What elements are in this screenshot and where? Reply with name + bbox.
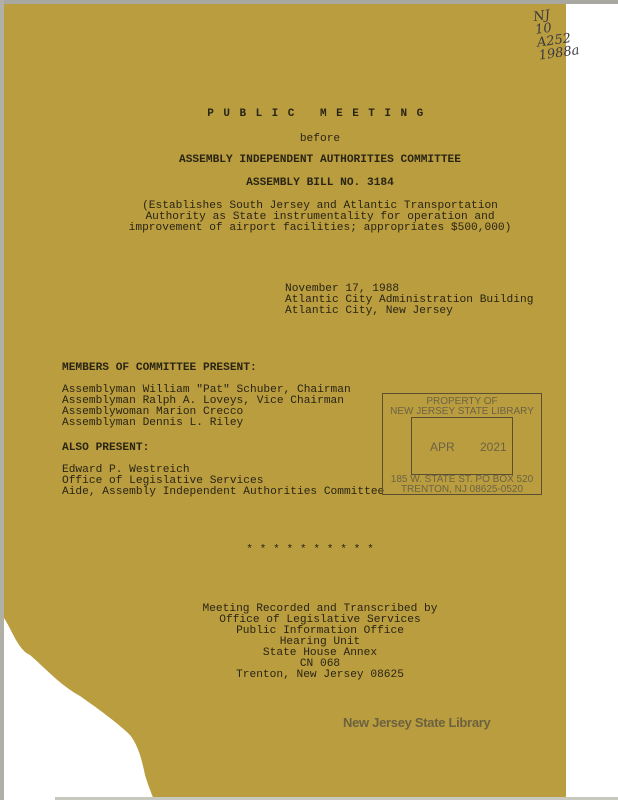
meeting-location: Atlantic City, New Jersey — [285, 306, 453, 318]
transcription-line: Trenton, New Jersey 08625 — [160, 670, 480, 682]
call-number-line: 1988a — [538, 44, 580, 63]
handwritten-call-number: NJ 10 A252 1988a — [533, 5, 581, 62]
separator-asterisks: * * * * * * * * * * — [200, 545, 420, 557]
members-heading: MEMBERS OF COMMITTEE PRESENT: — [62, 363, 257, 375]
stamp-address-line: TRENTON, NJ 08625-0520 — [383, 484, 541, 495]
bill-number: ASSEMBLY BILL NO. 3184 — [110, 178, 530, 190]
stamp-year: 2021 — [480, 440, 507, 454]
also-present-heading: ALSO PRESENT: — [62, 443, 149, 455]
stamp-month: APR — [430, 440, 455, 454]
also-present-item: Aide, Assembly Independent Authorities C… — [62, 487, 384, 499]
member-item: Assemblyman Dennis L. Riley — [62, 418, 243, 430]
before-label: before — [110, 134, 530, 146]
library-stamp: New Jersey State Library — [343, 715, 490, 730]
property-stamp: PROPERTY OF NEW JERSEY STATE LIBRARY APR… — [382, 393, 542, 495]
bill-description-line: improvement of airport facilities; appro… — [100, 223, 540, 235]
stamp-library-name: NEW JERSEY STATE LIBRARY — [383, 406, 541, 417]
committee-name: ASSEMBLY INDEPENDENT AUTHORITIES COMMITT… — [110, 155, 530, 167]
stamp-date-box: APR 2021 — [411, 417, 513, 475]
document-title: PUBLIC MEETING — [110, 109, 530, 121]
